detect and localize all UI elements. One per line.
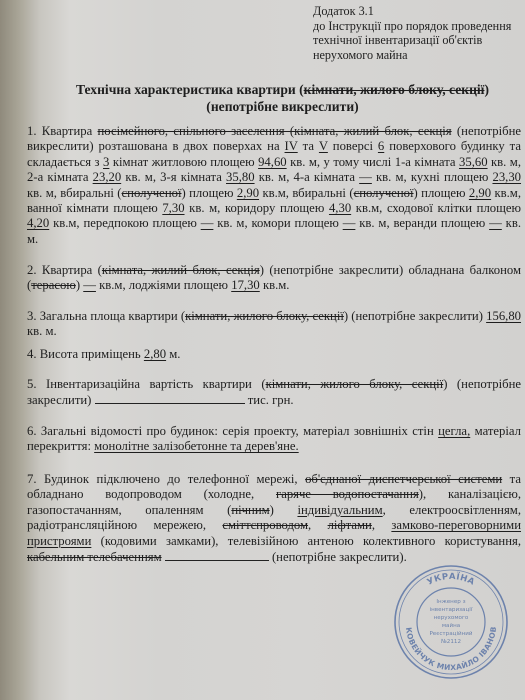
struck-text: сполученої	[122, 186, 182, 200]
wc2-area-value: 2,90	[469, 186, 491, 200]
text: ,	[372, 518, 392, 532]
text: 2. Квартира (	[27, 263, 102, 277]
struck-text: сполученої	[354, 186, 414, 200]
appendix-line: до Інструкції про порядок проведення	[313, 19, 523, 34]
veranda-area-value: —	[489, 216, 502, 230]
text: 6. Загальні відомості про будинок: серія…	[27, 424, 438, 438]
struck-text: об'єднаної диспетчерської системи	[305, 472, 502, 486]
section-6-building-info: 6. Загальні відомості про будинок: серія…	[27, 424, 521, 455]
room3-area-value: 35,80	[226, 170, 255, 184]
struck-text: ліфтами	[328, 518, 372, 532]
text: (кодовими замками), телевізійною антеною…	[91, 534, 521, 548]
struck-text: посімейного, спільного заселення (кімнат…	[98, 124, 452, 138]
text: кв.м, передпокою площею	[49, 216, 200, 230]
text: кв. м.	[27, 324, 57, 338]
struck-text: кімнати, жилого блоку, секції	[185, 309, 344, 323]
room2-area-value: 23,20	[93, 170, 122, 184]
text: 3. Загальна площа квартири (	[27, 309, 185, 323]
utilities-blank	[165, 549, 269, 561]
section-4-ceiling-height: 4. Висота приміщень 2,80 м.	[27, 347, 521, 362]
title-subtitle: (непотрібне викреслити)	[40, 98, 525, 115]
text: кв. м, комори площею	[213, 216, 342, 230]
text: кімнат житловою площею	[109, 155, 258, 169]
text: ) площею	[181, 186, 236, 200]
text: 1. Квартира	[27, 124, 98, 138]
title-text: Технічна характеристика квартири (	[76, 82, 304, 97]
official-seal-stamp: УКРАЇНА МАКОВЕЙЧУК МИХАЙЛО ІВАНОВИЧ Інже…	[392, 563, 510, 681]
bathroom-area-value: 7,30	[162, 201, 184, 215]
text: кв. м, вбиральні (	[27, 186, 122, 200]
balcony-area-value: —	[83, 278, 96, 292]
appendix-line: нерухомого майна	[313, 48, 523, 63]
text: (непотрібне закреслити).	[269, 550, 407, 564]
living-area-value: 94,60	[258, 155, 287, 169]
document-title: Технічна характеристика квартири (кімнат…	[40, 81, 525, 115]
room4-area-value: —	[359, 170, 372, 184]
seal-text: №2112	[441, 639, 461, 645]
corridor-area-value: 4,30	[329, 201, 351, 215]
text: кв.м, вбиральні (	[259, 186, 354, 200]
kitchen-area-value: 23,30	[492, 170, 521, 184]
text: кв. м, 3-я кімната	[121, 170, 226, 184]
hallway-area-value: —	[201, 216, 214, 230]
room1-area-value: 35,60	[459, 155, 488, 169]
text: 5. Інвентаризаційна вартість квартири (	[27, 377, 266, 391]
floor-value: IV	[285, 139, 298, 153]
section-1-apartment: 1. Квартира посімейного, спільного засел…	[27, 124, 521, 247]
struck-text: кімната, жилий блок, секція	[102, 263, 260, 277]
pantry-area-value: —	[343, 216, 356, 230]
document-page: Додаток 3.1 до Інструкції про порядок пр…	[0, 0, 525, 700]
text: кв.м, лоджіями площею	[96, 278, 231, 292]
text: та	[298, 139, 319, 153]
text: ,	[308, 518, 328, 532]
seal-ring-top: УКРАЇНА	[426, 571, 477, 587]
struck-text: кімнати, жилого блоку, секції	[266, 377, 444, 391]
text: )	[270, 503, 298, 517]
text: кв. м, 4-а кімната	[255, 170, 360, 184]
seal-text: нерухомого	[434, 615, 469, 621]
seal-text: Реєстраційний	[429, 630, 472, 637]
text: тис. грн.	[245, 393, 294, 407]
appendix-number: Додаток 3.1	[313, 4, 523, 19]
text: поверсі	[328, 139, 378, 153]
floor-material-value: монолітне залізобетонне та дерев'яне.	[94, 439, 299, 453]
title-text: )	[484, 82, 489, 97]
total-area-value: 156,80	[486, 309, 521, 323]
stairwell-area-value: 4,20	[27, 216, 49, 230]
seal-text: майна	[442, 622, 460, 629]
struck-text: пічним	[231, 503, 269, 517]
struck-text: кабельним телебаченням	[27, 550, 162, 564]
section-5-inventory-value: 5. Інвентаризаційна вартість квартири (к…	[27, 377, 521, 409]
text: кв. м, у тому числі 1-а кімната	[287, 155, 459, 169]
section-2-balcony: 2. Квартира (кімната, жилий блок, секція…	[27, 263, 521, 294]
struck-text: гаряче водопостачання	[276, 487, 419, 501]
text: ) площею	[414, 186, 469, 200]
loggia-area-value: 17,30	[231, 278, 260, 292]
inventory-value-blank	[95, 392, 245, 404]
struck-text: кімнати, жилого блоку, секції	[304, 82, 485, 97]
heating-type-value: індивідуальним	[297, 503, 382, 517]
text: кв.м, сходової клітки площею	[351, 201, 521, 215]
ceiling-height-value: 2,80	[144, 347, 166, 361]
wc1-area-value: 2,90	[237, 186, 259, 200]
section-7-utilities: 7. Будинок підключено до телефонної мере…	[27, 472, 521, 565]
text: м.	[166, 347, 180, 361]
floor-value: V	[319, 139, 328, 153]
struck-text: терасою	[31, 278, 76, 292]
text: кв. м, коридору площею	[185, 201, 329, 215]
text: ) (непотрібне закреслити)	[344, 309, 486, 323]
appendix-note: Додаток 3.1 до Інструкції про порядок пр…	[313, 4, 523, 62]
wall-material-value: цегла,	[438, 424, 470, 438]
text: кв. м, веранди площею	[355, 216, 489, 230]
text: 7. Будинок підключено до телефонної мере…	[27, 472, 305, 486]
seal-text: Інженер з	[436, 599, 465, 605]
text: кв.м.	[260, 278, 290, 292]
appendix-line: технічної інвентаризації об'єктів	[313, 33, 523, 48]
seal-icon: УКРАЇНА МАКОВЕЙЧУК МИХАЙЛО ІВАНОВИЧ Інже…	[392, 563, 510, 681]
text: кв. м, кухні площею	[372, 170, 493, 184]
section-3-total-area: 3. Загальна площа квартири (кімнати, жил…	[27, 309, 521, 340]
struck-text: сміттєпроводом	[222, 518, 308, 532]
text: 4. Висота приміщень	[27, 347, 144, 361]
svg-text:УКРАЇНА: УКРАЇНА	[426, 571, 477, 587]
seal-text: інвентаризації	[430, 607, 473, 613]
